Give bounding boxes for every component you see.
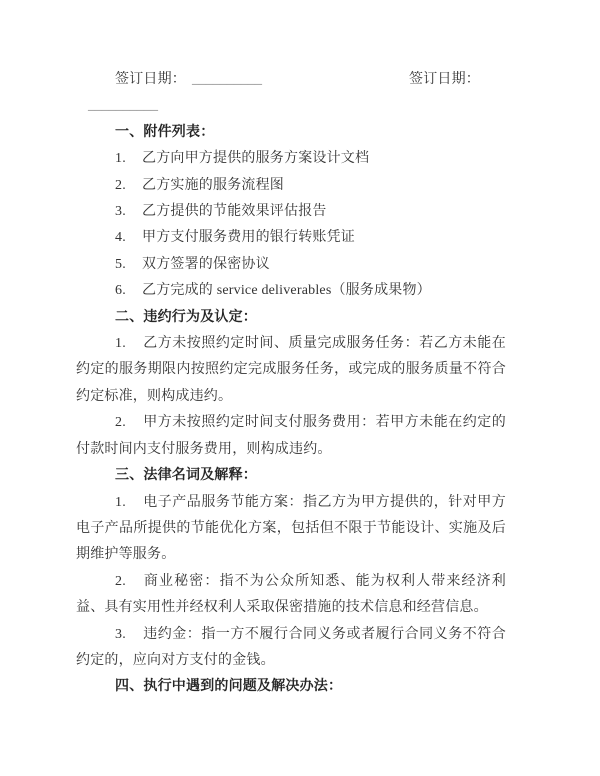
paragraph: 1.乙方未按照约定时间、质量完成服务任务：若乙方未能在约定的服务期限内按照约定完…	[76, 331, 506, 410]
paragraph: 2.商业秘密：指不为公众所知悉、能为权利人带来经济利益、具有实用性并经权利人采取…	[76, 569, 506, 622]
list-item-text: 甲方支付服务费用的银行转账凭证	[142, 230, 355, 245]
list-item-number: 2.	[115, 173, 142, 199]
list-item-number: 3.	[115, 199, 142, 225]
list-item-text: 乙方完成的 service deliverables（服务成果物）	[142, 283, 431, 298]
list-item-text: 双方签署的保密协议	[142, 257, 270, 272]
paragraph-text: 甲方未按照约定时间支付服务费用：若甲方未能在约定的付款时间内支付服务费用，则构成…	[76, 415, 506, 456]
sign-date-label-left: 签订日期：	[115, 72, 186, 87]
paragraph: 3.违约金：指一方不履行合同义务或者履行合同义务不符合约定的，应向对方支付的金钱…	[76, 622, 506, 675]
section-heading: 四、执行中遇到的问题及解决办法：	[76, 674, 506, 700]
list-item-number: 1.	[115, 146, 142, 172]
list-item-number: 6.	[115, 278, 142, 304]
list-item-text: 乙方提供的节能效果评估报告	[142, 204, 327, 219]
list-item-text: 乙方向甲方提供的服务方案设计文档	[142, 151, 369, 166]
contract-body: 签订日期：__________ 签订日期： __________ 一、附件列表：…	[76, 67, 506, 701]
section-heading: 三、法律名词及解释：	[76, 463, 506, 489]
section-heading: 一、附件列表：	[76, 120, 506, 146]
list-item: 1.乙方向甲方提供的服务方案设计文档	[76, 146, 506, 172]
paragraph-text: 违约金：指一方不履行合同义务或者履行合同义务不符合约定的，应向对方支付的金钱。	[76, 627, 506, 668]
section-heading: 二、违约行为及认定：	[76, 305, 506, 331]
paragraph-number: 3.	[115, 627, 126, 642]
paragraph-number: 1.	[115, 495, 126, 510]
list-item-text: 乙方实施的服务流程图	[142, 178, 284, 193]
list-item: 4.甲方支付服务费用的银行转账凭证	[76, 225, 506, 251]
sign-date-row: 签订日期：__________ 签订日期：	[76, 67, 506, 93]
sign-date-blank-row: __________	[76, 93, 506, 119]
list-item: 6.乙方完成的 service deliverables（服务成果物）	[76, 278, 506, 304]
paragraph-text: 电子产品服务节能方案：指乙方为甲方提供的，针对甲方电子产品所提供的节能优化方案，…	[76, 495, 506, 563]
list-item-number: 5.	[115, 252, 142, 278]
paragraph-number: 2.	[115, 415, 126, 430]
paragraph-number: 1.	[115, 336, 126, 351]
paragraph: 2.甲方未按照约定时间支付服务费用：若甲方未能在约定的付款时间内支付服务费用，则…	[76, 410, 506, 463]
sign-date-blank-left: __________	[192, 72, 262, 87]
paragraph-text: 商业秘密：指不为公众所知悉、能为权利人带来经济利益、具有实用性并经权利人采取保密…	[76, 574, 506, 615]
list-item: 3.乙方提供的节能效果评估报告	[76, 199, 506, 225]
sections-container: 一、附件列表：1.乙方向甲方提供的服务方案设计文档2.乙方实施的服务流程图3.乙…	[76, 120, 506, 701]
paragraph: 1.电子产品服务节能方案：指乙方为甲方提供的，针对甲方电子产品所提供的节能优化方…	[76, 490, 506, 569]
paragraph-text: 乙方未按照约定时间、质量完成服务任务：若乙方未能在约定的服务期限内按照约定完成服…	[76, 336, 506, 404]
sign-date-label-right: 签订日期：	[409, 67, 480, 93]
list-item: 2.乙方实施的服务流程图	[76, 173, 506, 199]
list-item: 5.双方签署的保密协议	[76, 252, 506, 278]
list-item-number: 4.	[115, 225, 142, 251]
paragraph-number: 2.	[115, 574, 126, 589]
sign-date-blank-continuation: __________	[88, 98, 158, 113]
document-page: 签订日期：__________ 签订日期： __________ 一、附件列表：…	[0, 0, 600, 776]
